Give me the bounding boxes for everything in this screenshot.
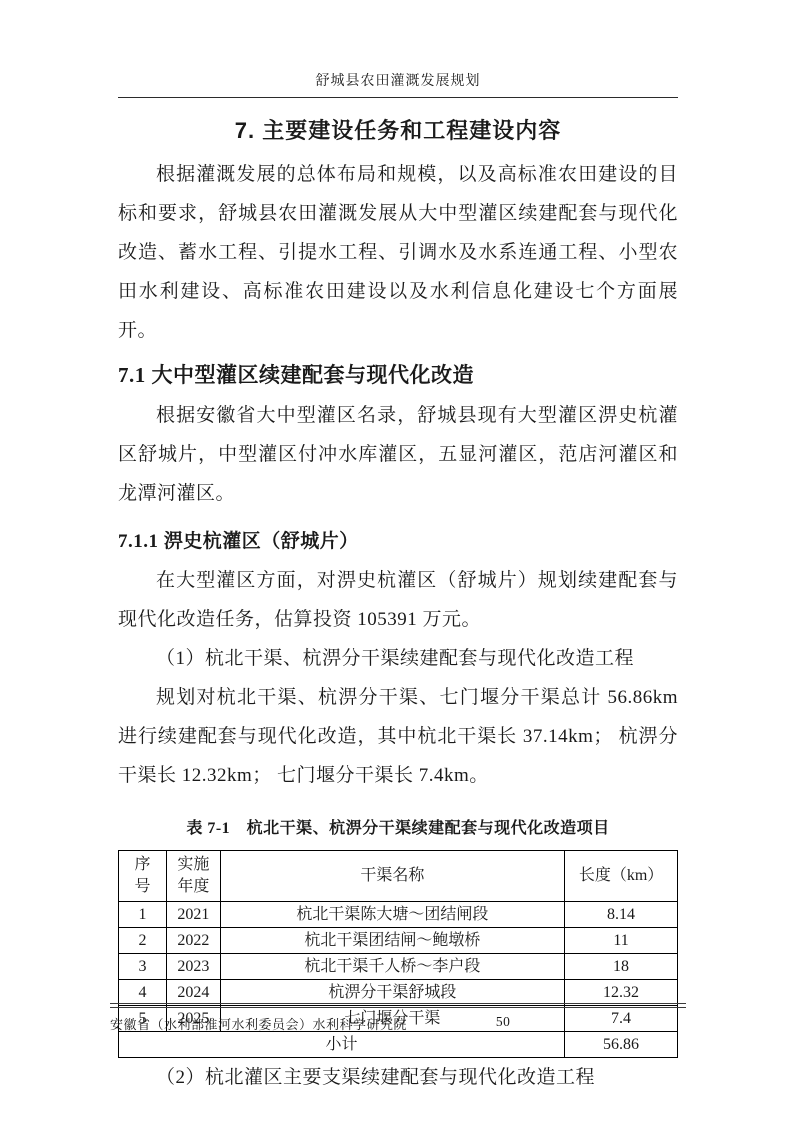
table-row: 22022杭北干渠团结闸～鲍墩桥11 [119, 928, 678, 954]
table-cell: 1 [119, 902, 167, 928]
table-caption: 表 7-1 杭北干渠、杭淠分干渠续建配套与现代化改造项目 [118, 815, 678, 838]
paragraph-intro: 根据灌溉发展的总体布局和规模，以及高标准农田建设的目标和要求，舒城县农田灌溉发展… [118, 155, 678, 350]
chapter-title: 7. 主要建设任务和工程建设内容 [118, 114, 678, 145]
paragraph-section-7-1: 根据安徽省大中型灌区名录，舒城县现有大型灌区淠史杭灌区舒城片，中型灌区付冲水库灌… [118, 396, 678, 513]
table-cell: 2022 [167, 928, 221, 954]
table-row: 42024杭淠分干渠舒城段12.32 [119, 980, 678, 1006]
table-cell: 杭北干渠陈大塘～团结闸段 [220, 902, 564, 928]
footer-row: 安徽省（水利部淮河水利委员会）水利科学研究院 50 [110, 1014, 686, 1033]
col-header-name: 干渠名称 [220, 851, 564, 902]
col-header-year: 实施 年度 [167, 851, 221, 902]
document-page: 舒城县农田灌溉发展规划 7. 主要建设任务和工程建设内容 根据灌溉发展的总体布局… [0, 0, 794, 1122]
table-header-row: 序 号 实施 年度 干渠名称 长度（km） [119, 851, 678, 902]
subtotal-label: 小计 [119, 1032, 565, 1058]
paragraph-section-7-1-1: 在大型灌区方面，对淠史杭灌区（舒城片）规划续建配套与现代化改造任务，估算投资 1… [118, 561, 678, 639]
content-column: 舒城县农田灌溉发展规划 7. 主要建设任务和工程建设内容 根据灌溉发展的总体布局… [118, 0, 678, 1097]
col-header-length: 长度（km） [565, 851, 678, 902]
table-cell: 杭北干渠千人桥～李户段 [220, 954, 564, 980]
table-cell: 18 [565, 954, 678, 980]
table-cell: 3 [119, 954, 167, 980]
table-cell: 2 [119, 928, 167, 954]
table-cell: 杭淠分干渠舒城段 [220, 980, 564, 1006]
footer-double-rule [110, 1003, 686, 1008]
page-footer: 安徽省（水利部淮河水利委员会）水利科学研究院 50 [110, 1003, 686, 1033]
subtotal-row: 小计 56.86 [119, 1032, 678, 1058]
item-1-heading: （1）杭北干渠、杭淠分干渠续建配套与现代化改造工程 [118, 639, 678, 678]
table-cell: 2024 [167, 980, 221, 1006]
table-cell: 8.14 [565, 902, 678, 928]
table-cell: 4 [119, 980, 167, 1006]
paragraph-item-1: 规划对杭北干渠、杭淠分干渠、七门堰分干渠总计 56.86km 进行续建配套与现代… [118, 678, 678, 795]
table-cell: 2023 [167, 954, 221, 980]
table-row: 12021杭北干渠陈大塘～团结闸段8.14 [119, 902, 678, 928]
table-cell: 12.32 [565, 980, 678, 1006]
table-cell: 杭北干渠团结闸～鲍墩桥 [220, 928, 564, 954]
table-subtotal: 小计 56.86 [119, 1032, 678, 1058]
section-7-1-1-heading: 7.1.1 淠史杭灌区（舒城片） [118, 526, 678, 553]
footer-page-number: 50 [496, 1014, 511, 1030]
running-header-title: 舒城县农田灌溉发展规划 [316, 74, 481, 89]
footer-organization: 安徽省（水利部淮河水利委员会）水利科学研究院 [110, 1017, 407, 1032]
col-header-seq: 序 号 [119, 851, 167, 902]
section-7-1-heading: 7.1 大中型灌区续建配套与现代化改造 [118, 359, 678, 389]
table-row: 32023杭北干渠千人桥～李户段18 [119, 954, 678, 980]
table-cell: 11 [565, 928, 678, 954]
table-cell: 2021 [167, 902, 221, 928]
item-2-heading: （2）杭北灌区主要支渠续建配套与现代化改造工程 [118, 1058, 678, 1097]
running-header: 舒城县农田灌溉发展规划 [118, 0, 678, 98]
subtotal-value: 56.86 [565, 1032, 678, 1058]
